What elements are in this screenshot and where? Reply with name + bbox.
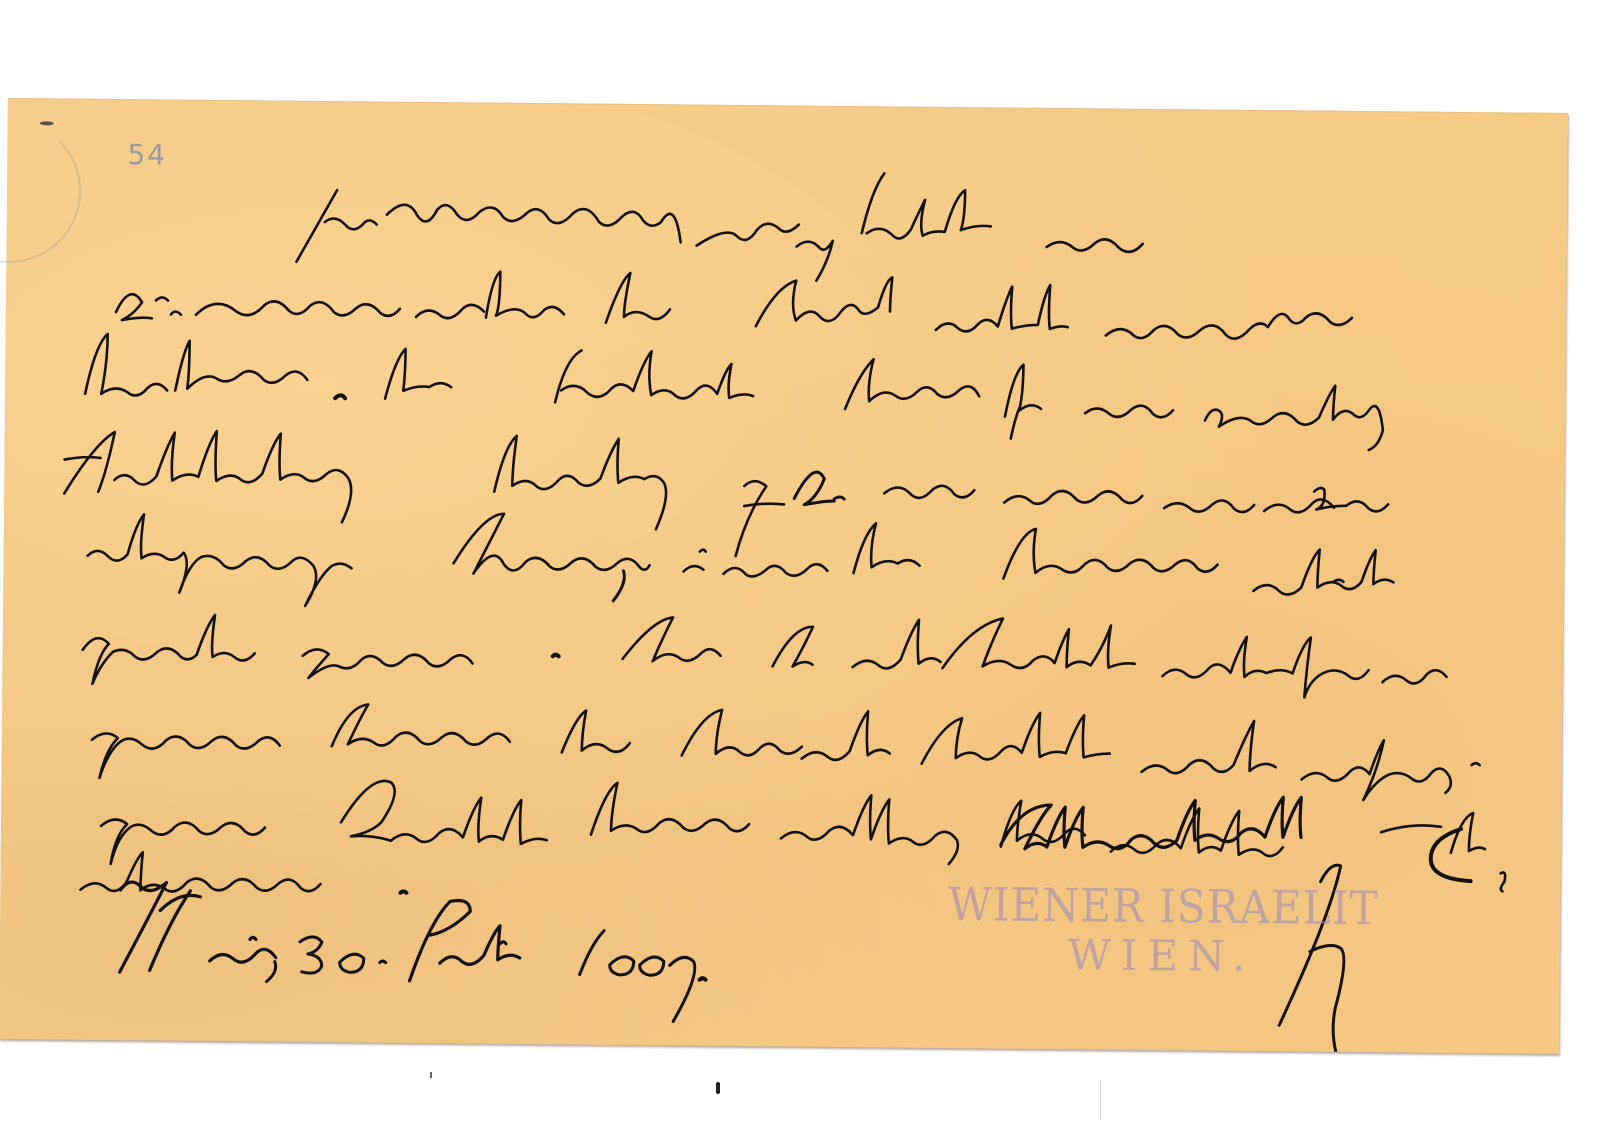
handwriting-line-8 bbox=[101, 778, 1506, 891]
handwriting-line-9 bbox=[80, 852, 406, 894]
scan-artifact-line bbox=[1100, 1080, 1101, 1120]
handwriting-line-2 bbox=[116, 268, 1353, 340]
stamp-line-publication: WIENER ISRAELIT bbox=[948, 878, 1379, 934]
handwriting-line-1 bbox=[296, 168, 1143, 284]
handwriting-line-5 bbox=[87, 510, 1394, 617]
scan-speck bbox=[430, 1072, 432, 1078]
handwriting-line-3 bbox=[85, 334, 1384, 450]
handwriting-line-7 bbox=[91, 702, 1480, 801]
scan-speck-dark bbox=[716, 1082, 720, 1094]
closing-signature-strokes bbox=[1001, 795, 1472, 882]
handwriting-line-4 bbox=[64, 430, 1389, 563]
place-date-strokes bbox=[119, 882, 706, 1022]
rubber-stamp: WIENER ISRAELIT WIEN. bbox=[948, 878, 1417, 982]
postcard: 54 bbox=[0, 98, 1568, 1054]
stamp-line-city: WIEN. bbox=[908, 930, 1416, 983]
handwriting-line-6 bbox=[82, 610, 1447, 699]
